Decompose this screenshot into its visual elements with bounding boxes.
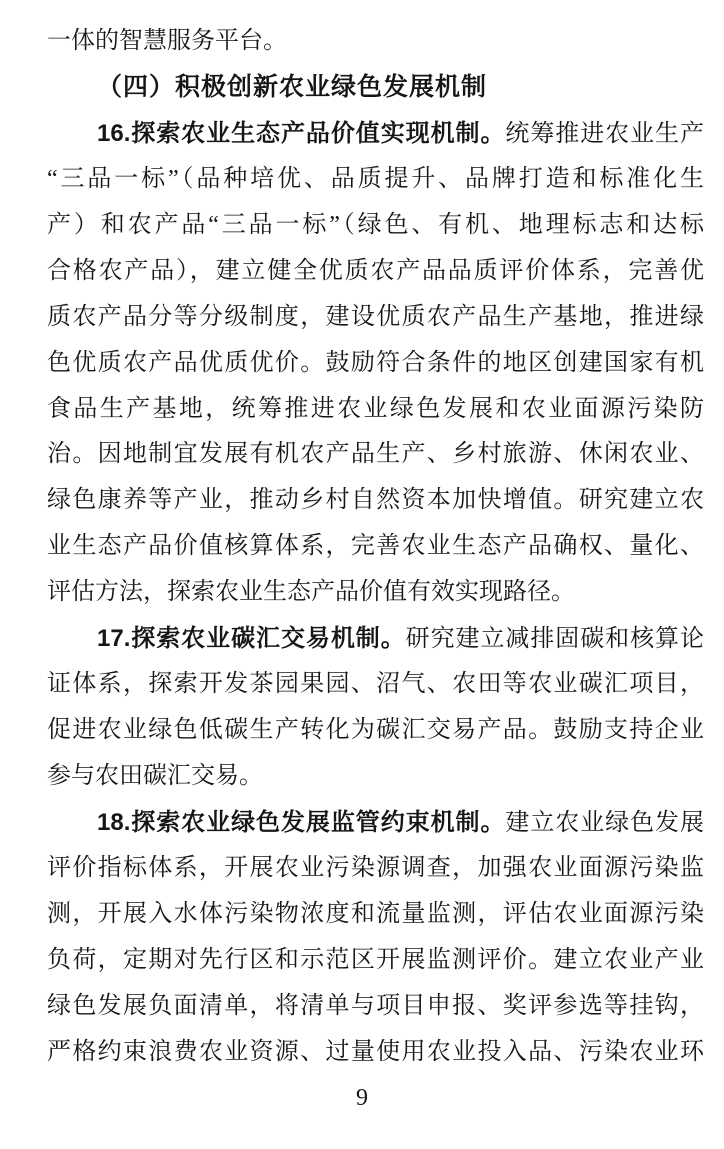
text-line: 业生态产品价值核算体系，完善农业生态产品确权、量化、 (47, 524, 704, 570)
text-line: 质农产品分等分级制度，建设优质农产品生产基地，推进绿 (47, 295, 704, 341)
text-line: 负荷，定期对先行区和示范区开展监测评价。建立农业产业 (47, 938, 704, 984)
item-16-title: 16.探索农业生态产品价值实现机制。 (97, 120, 505, 147)
text-line: 产）和农产品“三品一标”（绿色、有机、地理标志和达标 (47, 203, 704, 249)
text-line: 合格农产品），建立健全优质农产品品质评价体系，完善优 (47, 249, 704, 295)
page-number: 9 (0, 1083, 724, 1113)
text-line: 色优质农产品优质优价。鼓励符合条件的地区创建国家有机 (47, 341, 704, 387)
item-16-first-line: 16.探索农业生态产品价值实现机制。统筹推进农业生产 (47, 111, 704, 157)
text-line: 绿色康养等产业，推动乡村自然资本加快增值。研究建立农 (47, 478, 704, 524)
text-line: 测，开展入水体污染物浓度和流量监测，评估农业面源污染 (47, 892, 704, 938)
item-18-rest: 建立农业绿色发展 (505, 810, 704, 836)
text-line: 绿色发展负面清单，将清单与项目申报、奖评参选等挂钩， (47, 984, 704, 1030)
paragraph-end-line: 参与农田碳汇交易。 (47, 754, 704, 800)
text-line: 评价指标体系，开展农业污染源调查，加强农业面源污染监 (47, 846, 704, 892)
text-line: “三品一标”（品种培优、品质提升、品牌打造和标准化生 (47, 157, 704, 203)
item-17-title: 17.探索农业碳汇交易机制。 (97, 625, 406, 652)
text-line: 证体系，探索开发茶园果园、沼气、农田等农业碳汇项目， (47, 662, 704, 708)
item-17-rest: 研究建立减排固碳和核算论 (406, 626, 704, 652)
text-line: 食品生产基地，统筹推进农业绿色发展和农业面源污染防 (47, 387, 704, 433)
text-line: 促进农业绿色低碳生产转化为碳汇交易产品。鼓励支持企业 (47, 708, 704, 754)
paragraph-end-line: 评估方法，探索农业生态产品价值有效实现路径。 (47, 570, 704, 616)
paragraph-end-line: 一体的智慧服务平台。 (47, 19, 704, 65)
item-18-first-line: 18.探索农业绿色发展监管约束机制。建立农业绿色发展 (47, 800, 704, 846)
item-16-rest: 统筹推进农业生产 (505, 121, 704, 147)
text-line: 治。因地制宜发展有机农产品生产、乡村旅游、休闲农业、 (47, 432, 704, 478)
item-18-title: 18.探索农业绿色发展监管约束机制。 (97, 809, 505, 836)
document-page: 一体的智慧服务平台。 （四）积极创新农业绿色发展机制 16.探索农业生态产品价值… (0, 0, 724, 1149)
text-line: 严格约束浪费农业资源、过量使用农业投入品、污染农业环 (47, 1030, 704, 1076)
item-17-first-line: 17.探索农业碳汇交易机制。研究建立减排固碳和核算论 (47, 616, 704, 662)
section-heading: （四）积极创新农业绿色发展机制 (47, 65, 704, 111)
document-body: 一体的智慧服务平台。 （四）积极创新农业绿色发展机制 16.探索农业生态产品价值… (47, 19, 704, 1076)
